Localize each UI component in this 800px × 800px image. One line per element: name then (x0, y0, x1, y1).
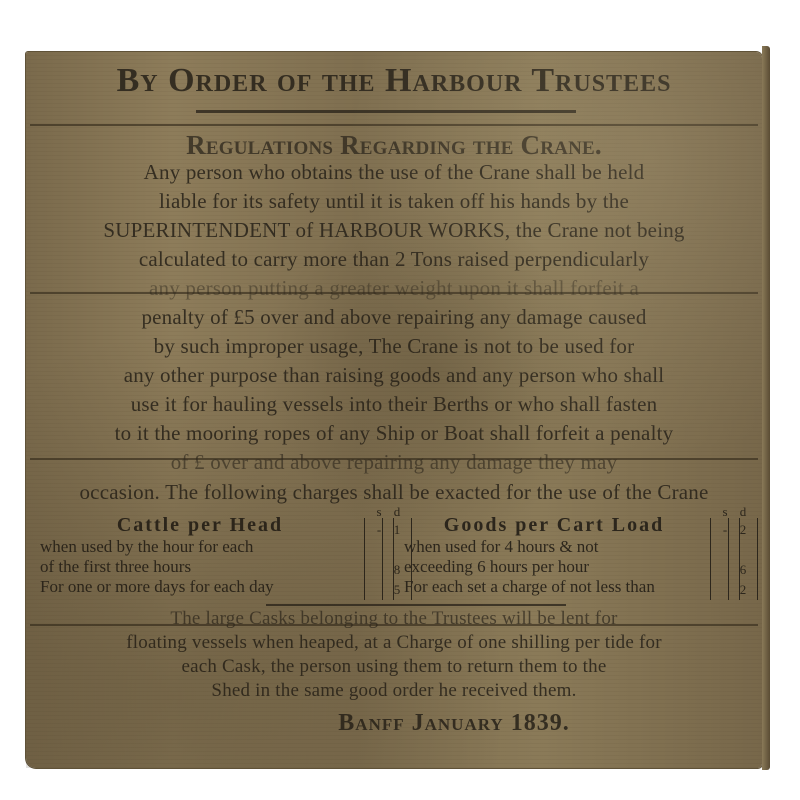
goods-price-d: d 2 6 2 (728, 518, 758, 600)
plank-seam (30, 124, 758, 126)
cattle-row: when used by the hour for each (40, 537, 360, 557)
casks-line: each Cask, the person using them to retu… (26, 656, 762, 678)
regulation-line: Any person who obtains the use of the Cr… (26, 160, 762, 185)
regulation-line: of £ over and above repairing any damage… (26, 450, 762, 475)
regulation-line: use it for hauling vessels into their Be… (26, 392, 762, 417)
casks-line: The large Casks belonging to the Trustee… (26, 608, 762, 630)
regulation-line: any person putting a greater weight upon… (26, 276, 762, 301)
goods-row: For each set a charge of not less than (404, 577, 704, 597)
regulation-line: to it the mooring ropes of any Ship or B… (26, 421, 762, 446)
goods-row: when used for 4 hours & not (404, 537, 704, 557)
goods-row: exceeding 6 hours per hour (404, 557, 704, 577)
goods-charges: Goods per Cart Load when used for 4 hour… (404, 514, 704, 597)
sign-subheading: Regulations Regarding the Crane. (26, 130, 762, 161)
sign-heading: By Order of the Harbour Trustees (26, 62, 762, 100)
regulation-line: SUPERINTENDENT of HARBOUR WORKS, the Cra… (26, 218, 762, 243)
regulation-line: calculated to carry more than 2 Tons rai… (26, 247, 762, 272)
cattle-row: For one or more days for each day (40, 577, 360, 597)
regulation-line: any other purpose than raising goods and… (26, 363, 762, 388)
regulation-line: penalty of £5 over and above repairing a… (26, 305, 762, 330)
board-side-edge (762, 46, 770, 770)
cattle-heading: Cattle per Head (40, 514, 360, 537)
table-separator (266, 604, 566, 606)
regulation-line: occasion. The following charges shall be… (26, 480, 762, 505)
goods-heading: Goods per Cart Load (404, 514, 704, 537)
cattle-charges: Cattle per Head when used by the hour fo… (40, 514, 360, 597)
heading-underline (196, 110, 576, 113)
sign-date: Banff January 1839. (146, 710, 762, 737)
wooden-sign-board: By Order of the Harbour Trustees Regulat… (26, 52, 762, 768)
regulation-line: liable for its safety until it is taken … (26, 189, 762, 214)
charges-table: Cattle per Head when used by the hour fo… (40, 514, 752, 602)
regulation-line: by such improper usage, The Crane is not… (26, 334, 762, 359)
cattle-row: of the first three hours (40, 557, 360, 577)
casks-line: Shed in the same good order he received … (26, 680, 762, 702)
casks-line: floating vessels when heaped, at a Charg… (26, 632, 762, 654)
